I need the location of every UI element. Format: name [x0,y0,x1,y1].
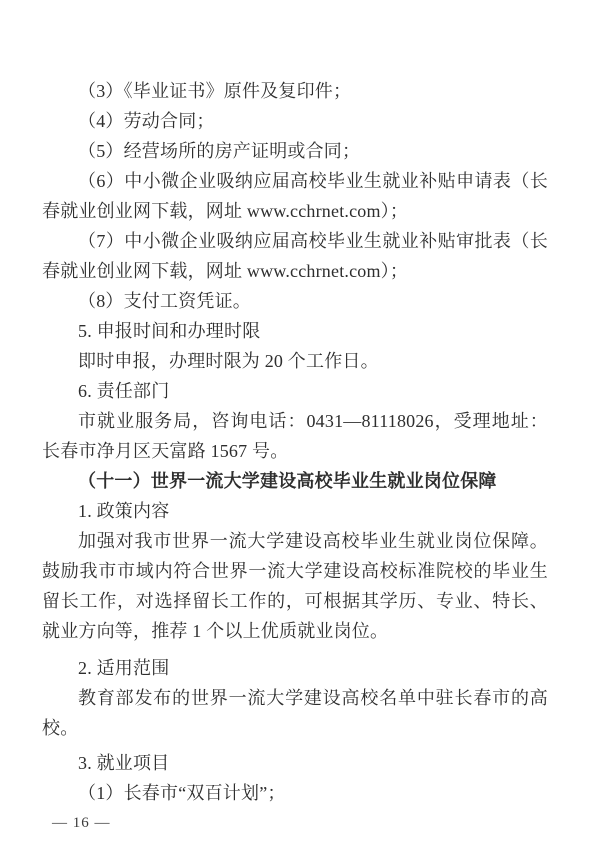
sub-2-heading: 2. 适用范围 [42,653,548,683]
section-6-body: 市就业服务局，咨询电话：0431—81118026，受理地址：长春市净月区天富路… [42,406,548,466]
employment-project-item-1: （1）长春市“双百计划”； [42,778,548,808]
document-page: （3）《毕业证书》原件及复印件； （4）劳动合同； （5）经营场所的房产证明或合… [0,0,589,858]
sub-2-body: 教育部发布的世界一流大学建设高校名单中驻长春市的高校。 [42,683,548,743]
attachment-item-7: （7）中小微企业吸纳应届高校毕业生就业补贴审批表（长春就业创业网下载，网址 ww… [42,226,548,286]
section-5-body: 即时申报，办理时限为 20 个工作日。 [42,346,548,376]
policy-11-heading: （十一）世界一流大学建设高校毕业生就业岗位保障 [42,466,548,496]
attachment-item-4: （4）劳动合同； [42,106,548,136]
section-6-heading: 6. 责任部门 [42,376,548,406]
attachment-item-8: （8）支付工资凭证。 [42,286,548,316]
section-5-heading: 5. 申报时间和办理时限 [42,316,548,346]
sub-1-heading: 1. 政策内容 [42,496,548,526]
sub-3-heading: 3. 就业项目 [42,748,548,778]
attachment-item-5: （5）经营场所的房产证明或合同； [42,136,548,166]
attachment-item-3: （3）《毕业证书》原件及复印件； [42,76,548,106]
attachment-item-6: （6）中小微企业吸纳应届高校毕业生就业补贴申请表（长春就业创业网下载，网址 ww… [42,166,548,226]
page-number: — 16 — [52,812,111,834]
document-body: （3）《毕业证书》原件及复印件； （4）劳动合同； （5）经营场所的房产证明或合… [42,76,548,808]
sub-1-body: 加强对我市世界一流大学建设高校毕业生就业岗位保障。鼓励我市市域内符合世界一流大学… [42,526,548,646]
